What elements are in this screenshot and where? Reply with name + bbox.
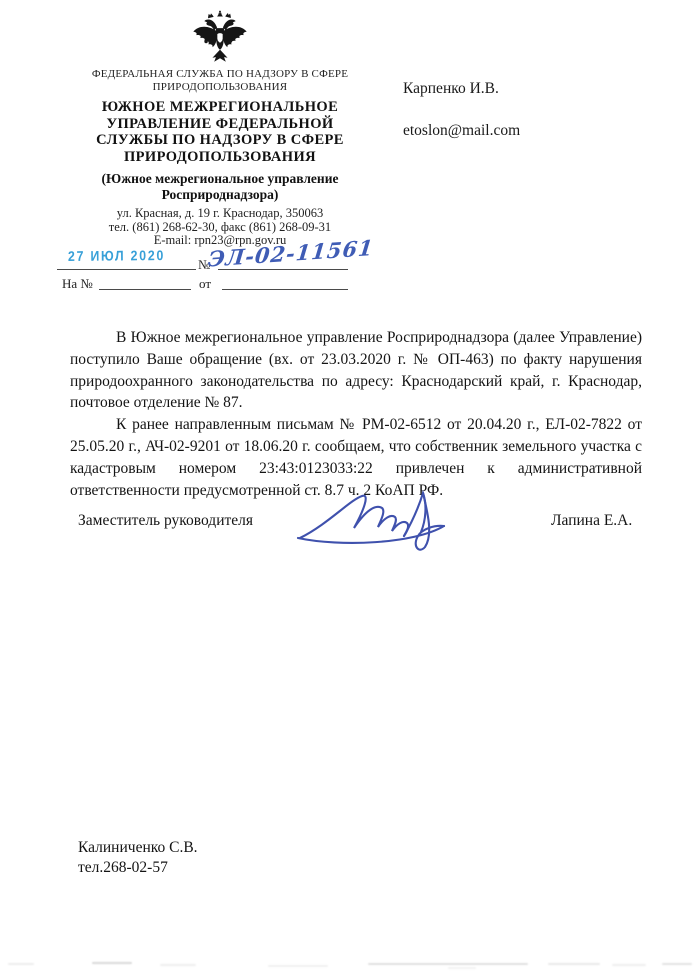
signer-name: Лапина Е.А.: [551, 512, 632, 530]
date-underline: [57, 269, 196, 270]
addressee-email: etoslon@mail.com: [403, 122, 520, 140]
org-name-line-1: ЮЖНОЕ МЕЖРЕГИОНАЛЬНОЕ: [57, 99, 383, 116]
org-short-line-2: Росприроднадзора): [57, 187, 383, 203]
incoming-date-stamp: 27 ИЮЛ 2020: [68, 247, 200, 264]
executor-name: Калиниченко С.В.: [78, 838, 198, 858]
org-name-line-2: УПРАВЛЕНИЕ ФЕДЕРАЛЬНОЙ: [57, 116, 383, 133]
phone-fax: тел. (861) 268-62-30, факс (861) 268-09-…: [57, 221, 383, 235]
reply-date-underline: [222, 289, 348, 290]
addressee-name: Карпенко И.В.: [403, 80, 499, 98]
agency-line-2: ПРИРОДОПОЛЬЗОВАНИЯ: [57, 81, 383, 94]
reply-number-underline: [99, 289, 191, 290]
reply-to-number-label: На №: [62, 276, 93, 292]
signer-position-title: Заместитель руководителя: [78, 512, 253, 530]
handwritten-signature: [292, 480, 482, 555]
executor-phone: тел.268-02-57: [78, 858, 198, 878]
organization-short-name: (Южное межрегиональное управление Роспри…: [57, 171, 383, 203]
organization-name: ЮЖНОЕ МЕЖРЕГИОНАЛЬНОЕ УПРАВЛЕНИЕ ФЕДЕРАЛ…: [57, 99, 383, 165]
reply-date-label: от: [199, 276, 211, 292]
org-short-line-1: (Южное межрегиональное управление: [57, 171, 383, 187]
scanned-letter-page: ФЕДЕРАЛЬНАЯ СЛУЖБА ПО НАДЗОРУ В СФЕРЕ ПР…: [0, 0, 700, 979]
executor-block: Калиниченко С.В. тел.268-02-57: [78, 838, 198, 878]
body-paragraph-1: В Южное межрегиональное управление Роспр…: [70, 327, 642, 414]
org-name-line-3: СЛУЖБЫ ПО НАДЗОРУ В СФЕРЕ: [57, 132, 383, 149]
postal-address: ул. Красная, д. 19 г. Краснодар, 350063: [57, 207, 383, 221]
agency-line-1: ФЕДЕРАЛЬНАЯ СЛУЖБА ПО НАДЗОРУ В СФЕРЕ: [57, 68, 383, 81]
parent-agency-name: ФЕДЕРАЛЬНАЯ СЛУЖБА ПО НАДЗОРУ В СФЕРЕ ПР…: [57, 68, 383, 93]
coat-of-arms-eagle-icon: [191, 10, 249, 66]
org-name-line-4: ПРИРОДОПОЛЬЗОВАНИЯ: [57, 149, 383, 166]
letter-body: В Южное межрегиональное управление Роспр…: [70, 327, 642, 501]
